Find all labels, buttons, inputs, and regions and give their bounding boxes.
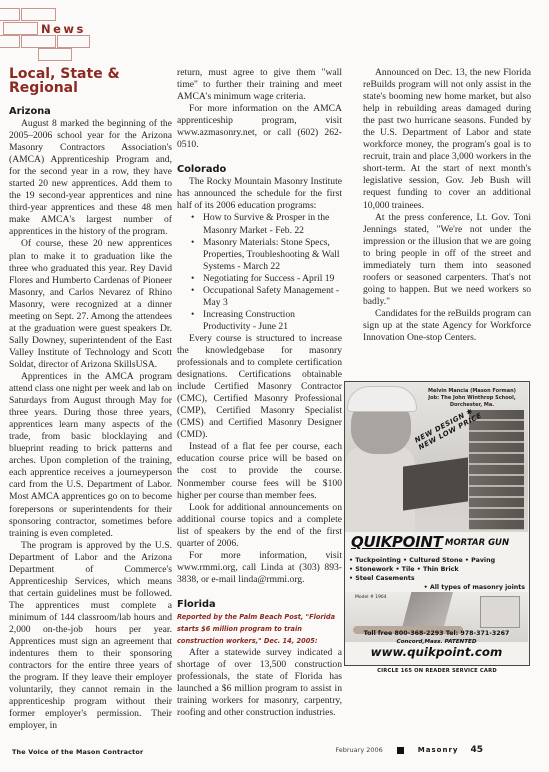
feature-list: • Tuckpointing • Cultured Stone • Paving… <box>349 556 527 592</box>
page-number: 45 <box>470 745 483 755</box>
column-1: Arizona August 8 marked the beginning of… <box>9 105 172 732</box>
list-item: Masonry Materials: Stone Specs, Properti… <box>191 237 342 273</box>
website-link[interactable]: www.quikpoint.com <box>345 646 528 659</box>
magazine-name: Masonry <box>418 746 459 754</box>
brick-wall-image <box>469 410 524 530</box>
product-name: MORTAR GUN <box>445 538 509 548</box>
model-number: Model # 1964 <box>355 595 387 600</box>
footer-folio: February 2006 Masonry 45 <box>335 745 483 755</box>
quikpoint-advertisement: Melvin Mancia (Mason Forman) Job: The Jo… <box>344 381 530 666</box>
list-item: Negotiating for Success - April 19 <box>191 273 342 285</box>
mortar-gun-image <box>403 457 468 510</box>
reader-service-note: CIRCLE 165 ON READER SERVICE CARD <box>344 668 530 674</box>
arizona-heading: Arizona <box>9 105 172 118</box>
paragraph: Every course is structured to increase t… <box>177 333 342 441</box>
paragraph: Instead of a flat fee per course, each e… <box>177 441 342 501</box>
paragraph: Apprentices in the AMCA program attend c… <box>9 371 172 540</box>
paragraph: August 8 marked the beginning of the 200… <box>9 118 172 238</box>
paragraph: Look for additional announcements on add… <box>177 502 342 550</box>
program-list: How to Survive & Prosper in the Masonry … <box>191 212 342 332</box>
ad-contact: Toll free 800-368-2293 Tel: 978-371-3267… <box>345 630 528 659</box>
list-item: Occupational Safety Management - May 3 <box>191 285 342 309</box>
paragraph: The Rocky Mountain Masonry Institute has… <box>177 176 342 212</box>
florida-heading: Florida <box>177 598 342 611</box>
colorado-heading: Colorado <box>177 163 342 176</box>
paragraph: Of course, these 20 new apprentices plan… <box>9 238 172 371</box>
paragraph: After a statewide survey indicated a sho… <box>177 647 342 719</box>
column-2: return, must agree to give them "wall ti… <box>177 67 342 719</box>
paragraph: At the press conference, Lt. Gov. Toni J… <box>363 212 531 308</box>
issue-date: February 2006 <box>335 746 382 754</box>
page-title: Local, State & Regional <box>9 67 179 95</box>
paragraph: return, must agree to give them "wall ti… <box>177 67 342 103</box>
hard-hat-image <box>347 386 417 412</box>
ad-photo: Melvin Mancia (Mason Forman) Job: The Jo… <box>345 382 528 532</box>
paragraph: The program is approved by the U.S. Depa… <box>9 540 172 733</box>
paragraph: For more information on the AMCA apprent… <box>177 103 342 151</box>
paragraph: For more information, visit www.rmmi.org… <box>177 550 342 586</box>
inset-image <box>480 596 520 628</box>
square-bullet-icon <box>397 747 404 754</box>
footer-tagline: The Voice of the Mason Contractor <box>12 748 143 756</box>
list-item: How to Survive & Prosper in the Masonry … <box>191 212 342 236</box>
column-3: Announced on Dec. 13, the new Florida re… <box>363 67 531 344</box>
phone-numbers: Toll free 800-368-2293 Tel: 978-371-3267 <box>345 630 528 638</box>
paragraph: Candidates for the reBuilds program can … <box>363 308 531 344</box>
paragraph: Announced on Dec. 13, the new Florida re… <box>363 67 531 212</box>
brand-logo: QUIKPOINT <box>351 533 443 551</box>
attribution: Reported by the Palm Beach Post, "Florid… <box>177 611 342 647</box>
section-label: News <box>41 22 86 36</box>
list-item: Increasing Construction Productivity - J… <box>191 309 342 333</box>
